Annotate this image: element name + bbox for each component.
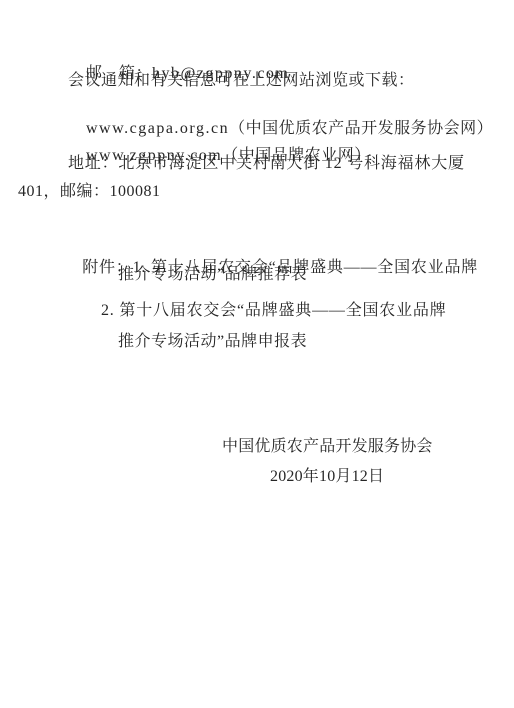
attachment-item-2-line-2: 推介专场活动”品牌申报表 bbox=[118, 332, 307, 352]
attachment-item-2-line-1: 2. 第十八届农交会“品牌盛典——全国农业品牌 bbox=[101, 301, 447, 321]
document-page: 邮 箱：hyb@zgppny.com 会议通知和有关信息可在上述网站浏览或下载：… bbox=[0, 0, 514, 708]
website-notice-line: 会议通知和有关信息可在上述网站浏览或下载： bbox=[68, 71, 415, 91]
attachment-item-1-line-2: 推介专场活动”品牌推荐表 bbox=[118, 265, 307, 285]
address-line-1: 地址：北京市海淀区中关村南大街 12 号科海福林大厦 bbox=[68, 154, 465, 174]
signature-organization: 中国优质农产品开发服务协会 bbox=[222, 437, 433, 457]
signature-date: 2020年10月12日 bbox=[270, 467, 384, 487]
address-line-2: 401，邮编：100081 bbox=[18, 182, 161, 202]
